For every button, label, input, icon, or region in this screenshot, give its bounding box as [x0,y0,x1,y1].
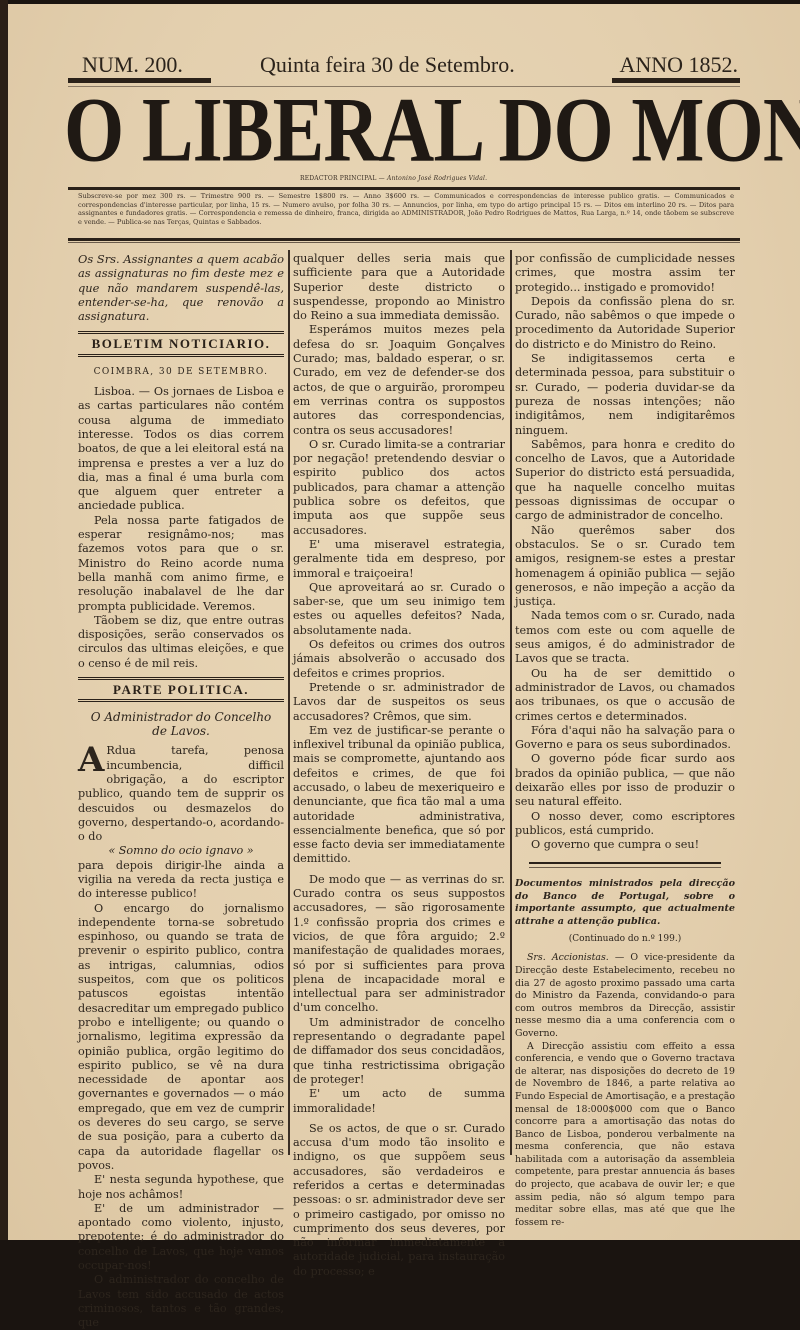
section-heading-politica: PARTE POLITICA. [78,677,284,702]
paragraph: Tãobem se diz, que entre outras disposiç… [78,614,284,671]
paragraph: por confissão de cumplicidade nesses cri… [515,252,735,295]
salutation: Srs. Accionistas. [527,952,609,963]
paragraph: A Direcção assistiu com effeito a essa c… [515,1041,735,1230]
paragraph: qualquer delles seria mais que sufficien… [293,252,505,323]
issue-date: Quinta feira 30 de Setembro. [260,52,515,78]
paragraph-text: — O vice-presidente da Direcção deste Es… [515,952,735,1039]
paragraph: E' um acto de summa immoralidade! [293,1087,505,1116]
bank-document-text: Srs. Accionistas. — O vice-presidente da… [515,952,735,1229]
paragraph: E' de um administrador — apontado como v… [78,1202,284,1245]
paragraph: Que aproveitará ao sr. Curado o saber-se… [293,581,505,638]
paragraph: O encargo do jornalismo independente tor… [78,902,284,1174]
newspaper-title: O LIBERAL DO MONDEGO. [64,88,649,174]
paragraph: E' nesta segunda hypothese, que hoje nos… [78,1173,284,1202]
paragraph: Nada temos com o sr. Curado, nada temos … [515,609,735,666]
rule-subscription-bottom [68,238,740,241]
rule-subscription-bottom-thin [68,242,740,243]
paragraph: Fóra d'aqui não ha salvação para o Gover… [515,724,735,753]
continued-note: (Continuado do n.º 199.) [515,932,735,946]
paragraph: E' uma miseravel estrategia, geralmente … [293,538,505,581]
dateline: COIMBRA, 30 DE SETEMBRO. [78,365,284,379]
paragraph: O nosso dever, como escriptores publicos… [515,810,735,839]
paragraph: Pretende o sr. administrador de Lavos da… [293,681,505,724]
paragraph: para depois dirigir-lhe ainda a vigilia … [78,859,284,902]
paragraph: Os defeitos ou crimes dos outros jámais … [293,638,505,681]
paragraph: O governo que cumpra o seu! [515,838,735,852]
paragraph: Lisboa. — Os jornaes de Lisboa e as cart… [78,385,284,514]
section-heading-boletim: BOLETIM NOTICIARIO. [78,331,284,356]
redactor-name: Antonino José Rodrigues Vidal. [387,175,487,182]
quotation: « Somno do ocio ignavo » [78,844,284,858]
paragraph: Se os actos, de que o sr. Curado accusa … [293,1122,505,1245]
article-title: O Administrador do Concelho de Lavos. [82,710,280,738]
page-binding-edge [0,0,8,1245]
paragraph: Pela nossa parte fatigados de esperar re… [78,514,284,614]
paragraph: De modo que — as verrinas do sr. Curado … [293,873,505,1016]
column-2: qualquer delles seria mais que sufficien… [293,252,505,1245]
issue-year: ANNO 1852. [619,52,738,78]
paragraph: Um administrador de concelho representan… [293,1016,505,1087]
paragraph: Esperámos muitos mezes pela defesa do sr… [293,323,505,437]
paragraph: Ou ha de ser demittido o administrador d… [515,667,735,724]
paragraph: Sabêmos, para honra e credito do concelh… [515,438,735,524]
paragraph: Não querêmos saber dos obstaculos. Se o … [515,524,735,610]
redactor-label: REDACTOR PRINCIPAL — [300,175,387,182]
paragraph: Depois da confissão plena do sr. Curado,… [515,295,735,352]
column-3: por confissão de cumplicidade nesses cri… [515,252,735,1229]
subscription-terms: Subscreve-se por mez 300 rs. — Trimestre… [78,192,734,226]
drop-cap: A [78,746,104,774]
rule-subscription-top [68,187,740,190]
paragraph: Srs. Accionistas. — O vice-presidente da… [515,952,735,1040]
paragraph: ARdua tarefa, penosa incumbencia, diffic… [78,744,284,844]
subscriber-notice: Os Srs. Assignantes a quem acabão as ass… [78,252,284,323]
paragraph-text: Rdua tarefa, penosa incumbencia, diffici… [78,744,284,843]
column-1: Os Srs. Assignantes a quem acabão as ass… [78,252,284,1245]
paragraph: Se indigitassemos certa e determinada pe… [515,352,735,438]
document-heading: Documentos ministrados pela direcção do … [515,878,735,928]
column-divider [510,250,512,1155]
issue-number: NUM. 200. [82,52,183,78]
column-divider [288,250,290,1155]
separator-rule [529,862,721,868]
redactor-line: REDACTOR PRINCIPAL — Antonino José Rodri… [300,175,487,182]
paragraph: O governo póde ficar surdo aos brados da… [515,752,735,809]
paragraph: O sr. Curado limita-se a contrariar por … [293,438,505,538]
paragraph: Em vez de justificar-se perante o inflex… [293,724,505,867]
